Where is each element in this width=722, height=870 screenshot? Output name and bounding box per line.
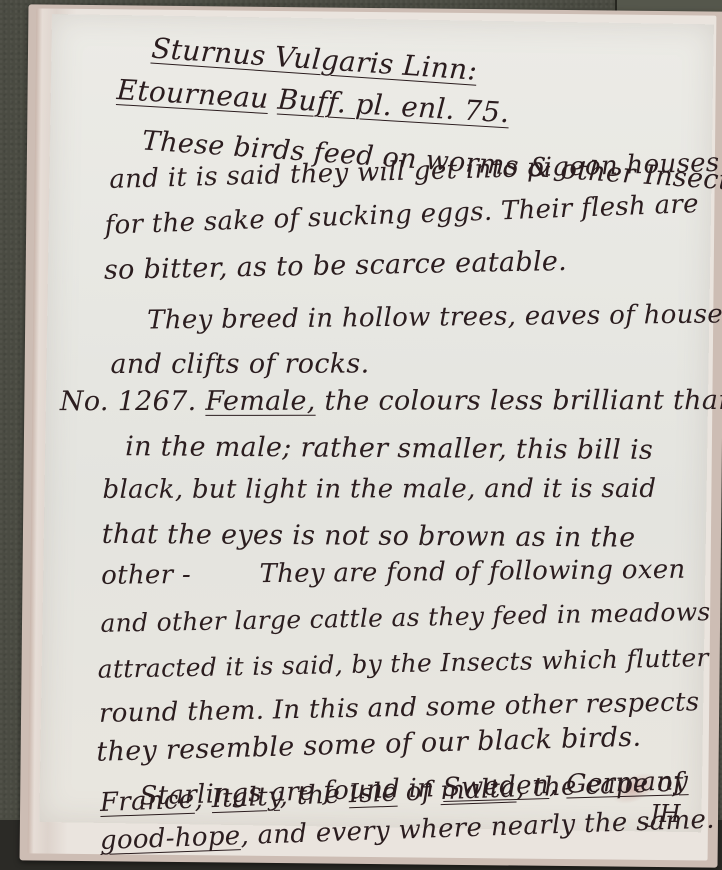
distribution-line-1: Starlings are found in Sweden, Germany (139, 766, 688, 811)
place-sweden: Sweden (442, 770, 549, 803)
text-line: black, but light in the male, and it is … (103, 474, 657, 505)
text-line: and other large cattle as they feed in m… (100, 597, 711, 638)
manuscript-text: Sturnus Vulgaris Linn: Etourneau Buff. p… (39, 14, 714, 832)
text-line: and clifts of rocks. (110, 349, 369, 380)
french-name: Etourneau (116, 73, 270, 115)
text-line: other - They are fond of following oxen (101, 555, 686, 591)
place-germany: Germany (566, 766, 689, 799)
text-line: that the eyes is not so brown as in the (102, 519, 636, 554)
entry-text: the colours less brilliant than (324, 385, 722, 417)
sex-label: Female, (205, 386, 315, 417)
plate-reference: Buff. pl. enl. 75. (277, 83, 511, 130)
text-line: attracted it is said, by the Insects whi… (97, 643, 709, 684)
manuscript-page: Sturnus Vulgaris Linn: Etourneau Buff. p… (39, 14, 714, 832)
text-line: They breed in hollow trees, eaves of hou… (147, 299, 722, 335)
text-line: for the sake of sucking eggs. Their fles… (104, 189, 699, 241)
text-line: they resemble some of our black birds. (96, 722, 642, 768)
text-line: so bitter, as to be scarce eatable. (104, 246, 568, 286)
distribution-intro: Starlings are found in (139, 773, 434, 811)
entry-first-line: No. 1267. Female, the colours less brill… (60, 385, 722, 417)
entry-number: No. 1267. (60, 386, 197, 417)
text-line: in the male; rather smaller, this bill i… (125, 431, 653, 466)
